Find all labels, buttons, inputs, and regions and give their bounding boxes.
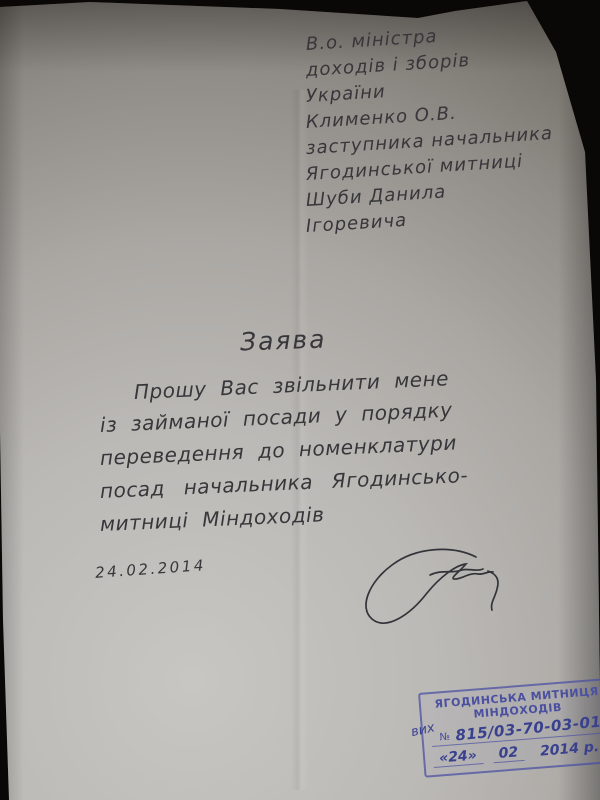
stamp-date-year: 2014 р. <box>534 739 600 761</box>
document-title: Заява <box>240 325 327 357</box>
addressee-block: В.о. міністра доходів і зборів України К… <box>306 32 586 240</box>
signature-scrawl <box>330 543 500 638</box>
stamp-number-sign: № <box>439 732 450 744</box>
customs-stamp: ЯГОДИНСЬКА МИТНИЦЯ МІНДОХОДІВ вих № 815/… <box>418 678 600 778</box>
stamp-date-month: 02 <box>492 744 525 763</box>
photo-of-document: В.о. міністра доходів і зборів України К… <box>0 0 600 800</box>
body-text-block: Прошу Вас звільнити мене із займаної пос… <box>100 376 550 541</box>
stamp-date-day: «24» <box>433 747 484 768</box>
